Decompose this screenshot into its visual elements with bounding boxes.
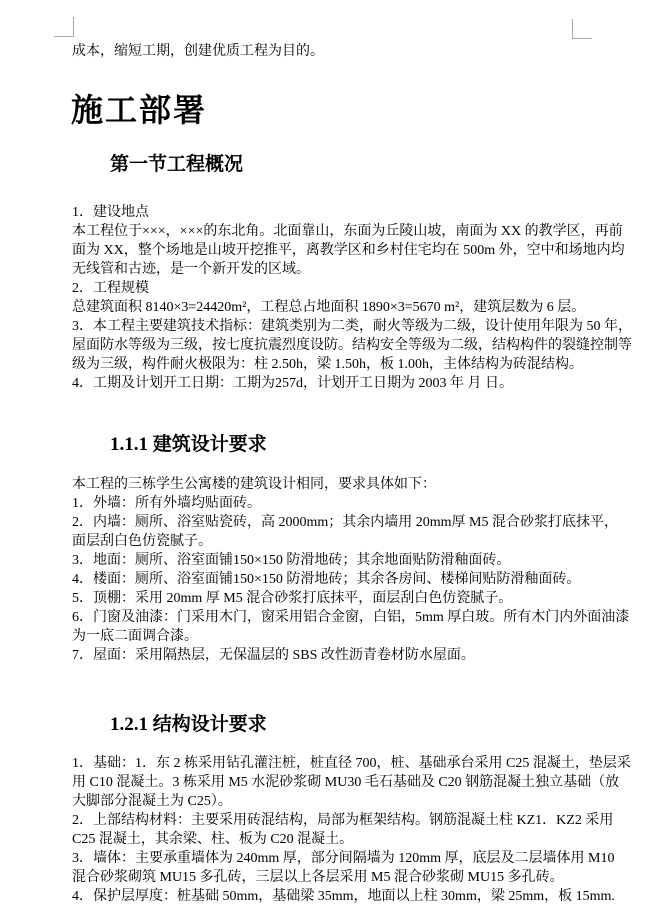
paragraph-line: 2．工程规模	[72, 279, 588, 298]
paragraph-line: 3．本工程主要建筑技术指标：建筑类别为二类，耐火等级为二级，设计使用年限为 50…	[72, 317, 588, 336]
paragraph-line: 面层刮白色仿瓷腻子。	[72, 532, 588, 551]
paragraph-block-structural-design: 1．基础：1．东 2 栋采用钻孔灌注桩，桩直径 700，桩、基础承台采用 C25…	[72, 754, 588, 906]
paragraph-line: 混合砂浆砌筑 MU15 多孔砖，三层以上各层采用 M5 混合砂浆砌 MU15 多…	[72, 868, 588, 887]
paragraph-line: 级为三级，构件耐火极限为：柱 2.50h，梁 1.50h，板 1.00h，主体结…	[72, 355, 588, 374]
paragraph-line: 6．门窗及油漆：门采用木门，窗采用铝合金窗，白铝，5mm 厚白玻。所有木门内外面…	[72, 608, 588, 627]
paragraph-block-architectural-design: 本工程的三栋学生公寓楼的建筑设计相同，要求具体如下： 1．外墙：所有外墙均贴面砖…	[72, 475, 588, 665]
paragraph-line: 总建筑面积 8140×3=24420m²，工程总占地面积 1890×3=5670…	[72, 298, 588, 317]
paragraph-line: 7．屋面：采用隔热层，无保温层的 SBS 改性沥青卷材防水屋面。	[72, 646, 588, 665]
paragraph-line: 3．地面：厕所、浴室面铺150×150 防滑地砖；其余地面贴防滑釉面砖。	[72, 551, 588, 570]
document-page: 成本，缩短工期，创建优质工程为目的。 施工部署 第一节工程概况 1．建设地点 本…	[0, 0, 660, 906]
paragraph-block-overview: 1．建设地点 本工程位于×××，×××的东北角。北面靠山，东面为丘陵山坡，南面为…	[72, 203, 588, 393]
paragraph-line: 大脚部分混凝土为 C25）。	[72, 792, 588, 811]
paragraph-line: 1．基础：1．东 2 栋采用钻孔灌注桩，桩直径 700，桩、基础承台采用 C25…	[72, 754, 588, 773]
paragraph-line: 3．墙体：主要承重墙体为 240mm 厚，部分间隔墙为 120mm 厚，底层及二…	[72, 849, 588, 868]
paragraph-line: 1．建设地点	[72, 203, 588, 222]
intro-paragraph-line: 成本，缩短工期，创建优质工程为目的。	[72, 42, 584, 61]
paragraph-line: C25 混凝土，其余梁、柱、板为 C20 混凝土。	[72, 830, 588, 849]
paragraph-line: 面为 XX，整个场地是山坡开挖推平，离教学区和乡村住宅均在 500m 外，空中和…	[72, 241, 588, 260]
paragraph-line: 5．顶棚：采用 20mm 厚 M5 混合砂浆打底抹平，面层刮白色仿瓷腻子。	[72, 589, 588, 608]
paragraph-line: 2．上部结构材料：主要采用砖混结构，局部为框架结构。钢筋混凝土柱 KZ1．KZ2…	[72, 811, 588, 830]
paragraph-line: 用 C10 混凝土。3 栋采用 M5 水泥砂浆砌 MU30 毛石基础及 C20 …	[72, 773, 588, 792]
paragraph-line: 无线管和古迹，是一个新开发的区域。	[72, 260, 588, 279]
paragraph-line: 2．内墙：厕所、浴室贴瓷砖，高 2000mm；其余内墙用 20mm厚 M5 混合…	[72, 513, 588, 532]
paragraph-line: 4．工期及计划开工日期：工期为257d，计划开工日期为 2003 年 月 日。	[72, 374, 588, 393]
paragraph-line: 1．外墙：所有外墙均贴面砖。	[72, 494, 588, 513]
section-heading-overview: 第一节工程概况	[110, 153, 243, 176]
section-heading-architectural-design: 1.1.1 建筑设计要求	[110, 433, 267, 456]
text-boundary-mark-top-right	[572, 19, 592, 39]
paragraph-line: 本工程的三栋学生公寓楼的建筑设计相同，要求具体如下：	[72, 475, 588, 494]
paragraph-line: 本工程位于×××，×××的东北角。北面靠山，东面为丘陵山坡，南面为 XX 的教学…	[72, 222, 588, 241]
paragraph-line: 4．楼面：厕所、浴室面铺150×150 防滑地砖；其余各房间、楼梯间贴防滑釉面砖…	[72, 570, 588, 589]
paragraph-line: 为一底二面调合漆。	[72, 627, 588, 646]
paragraph-line: 屋面防水等级为三级，按七度抗震烈度设防。结构安全等级为二级，结构构件的裂缝控制等	[72, 336, 588, 355]
section-heading-structural-design: 1.2.1 结构设计要求	[110, 713, 267, 736]
text-boundary-mark-top-left	[54, 17, 74, 37]
paragraph-line: 4．保护层厚度：桩基础 50mm，基础梁 35mm，地面以上柱 30mm，梁 2…	[72, 887, 588, 906]
document-title: 施工部署	[71, 91, 207, 129]
